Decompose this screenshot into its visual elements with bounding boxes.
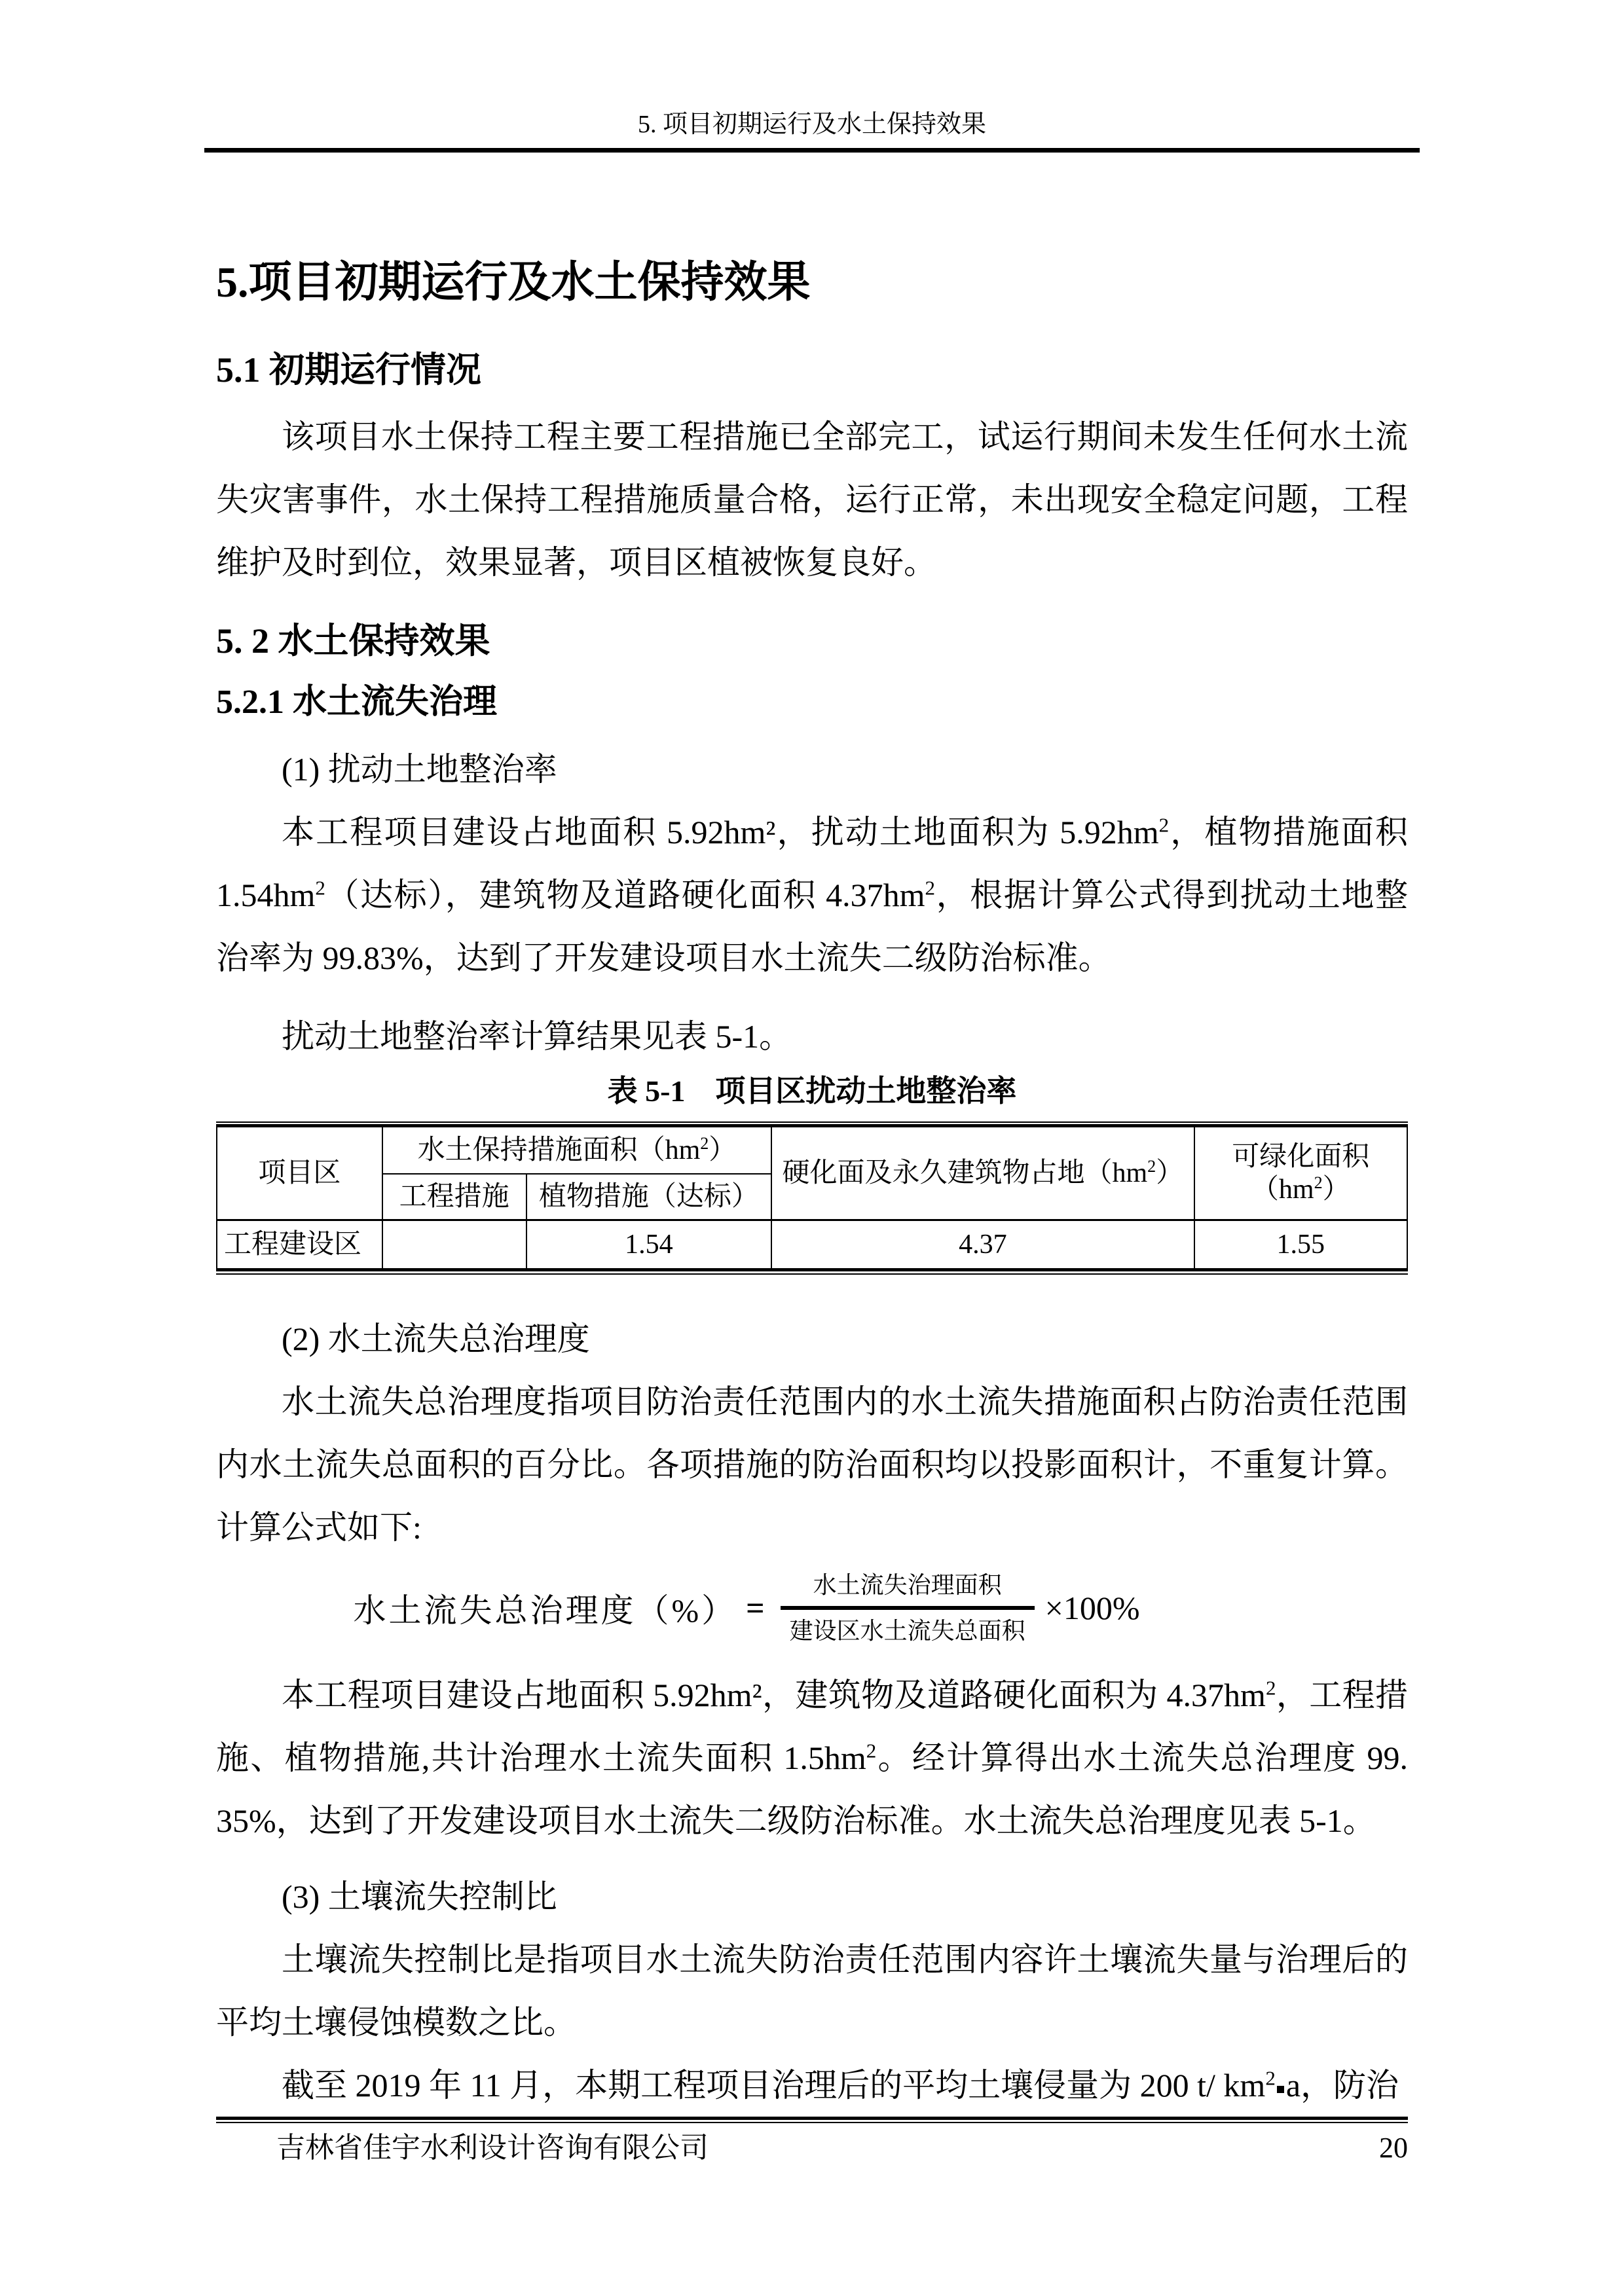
paragraph-calc-result: 本工程项目建设占地面积 5.92hm²，建筑物及道路硬化面积为 4.37hm2，… [216,1664,1408,1852]
table-bottom-rule [216,1268,1408,1275]
cell-greenable: 1.55 [1194,1220,1407,1269]
header-cell-measure-group: 水土保持措施面积（hm2） [382,1127,771,1174]
formula-denominator: 建设区水土流失总面积 [781,1606,1035,1645]
page-header-title: 5. 项目初期运行及水土保持效果 [638,111,986,138]
item-label-2: (2) 水土流失总治理度 [216,1307,1408,1370]
header-cell-region: 项目区 [217,1127,382,1220]
page-content: 5.项目初期运行及水土保持效果 5.1 初期运行情况 该项目水土保持工程主要工程… [216,257,1408,2117]
footer-company: 吉林省佳宇水利设计咨询有限公司 [216,2131,709,2165]
paragraph-disturbed-land: 本工程项目建设占地面积 5.92hm²，扰动土地面积为 5.92hm2，植物措施… [216,801,1408,989]
header-cell-greenable: 可绿化面积（hm2） [1194,1127,1407,1220]
section-heading-5-2-1: 5.2.1 水土流失治理 [216,682,1408,723]
paragraph-initial-operation: 该项目水土保持工程主要工程措施已全部完工，试运行期间未发生任何水土流失灾害事件，… [216,405,1408,594]
cell-region: 工程建设区 [217,1220,382,1269]
header-cell-hardened: 硬化面及永久建筑物占地（hm2） [771,1127,1194,1220]
document-page: 5. 项目初期运行及水土保持效果 5.项目初期运行及水土保持效果 5.1 初期运… [0,0,1624,2296]
item-label-1: (1) 扰动土地整治率 [216,738,1408,801]
page-header: 5. 项目初期运行及水土保持效果 [204,0,1420,153]
paragraph-total-degree: 水土流失总治理度指项目防治责任范围内的水土流失措施面积占防治责任范围内水土流失总… [216,1370,1408,1559]
page-footer: 吉林省佳宇水利设计咨询有限公司 20 [216,2117,1408,2165]
header-cell-engineering: 工程措施 [382,1174,526,1220]
formula-numerator: 水土流失治理面积 [781,1571,1035,1606]
formula-fraction: 水土流失治理面积 建设区水土流失总面积 [781,1571,1035,1645]
paragraph-soil-ratio: 土壤流失控制比是指项目水土流失防治责任范围内容许土壤流失量与治理后的平均土壤侵蚀… [216,1928,1408,2054]
cell-hardened: 4.37 [771,1220,1194,1269]
table-5-1: 项目区 水土保持措施面积（hm2） 硬化面及永久建筑物占地（hm2） 可绿化面积… [216,1127,1408,1268]
paragraph-see-table: 扰动土地整治率计算结果见表 5-1。 [216,1005,1408,1068]
formula-equals: = [746,1589,765,1627]
cell-plant: 1.54 [526,1220,772,1269]
table-row: 工程建设区 1.54 4.37 1.55 [217,1220,1407,1269]
header-cell-plant: 植物措施（达标） [526,1174,772,1220]
footer-rule [216,2117,1408,2123]
table-caption: 表 5-1 项目区扰动土地整治率 [216,1073,1408,1110]
item-label-3: (3) 土壤流失控制比 [216,1865,1408,1928]
small-square-separator [1277,2086,1284,2093]
formula-lhs: 水土流失总治理度（%） [353,1584,737,1631]
footer-row: 吉林省佳宇水利设计咨询有限公司 20 [216,2131,1408,2165]
formula-total-degree: 水土流失总治理度（%） = 水土流失治理面积 建设区水土流失总面积 ×100% [216,1559,1408,1657]
table-top-rule [216,1121,1408,1127]
footer-page-number: 20 [1379,2131,1408,2165]
section-heading-5-1: 5.1 初期运行情况 [216,349,1408,391]
formula-rhs: ×100% [1045,1589,1140,1627]
section-heading-5-2: 5. 2 水土保持效果 [216,620,1408,662]
table-header-row-1: 项目区 水土保持措施面积（hm2） 硬化面及永久建筑物占地（hm2） 可绿化面积… [217,1127,1407,1174]
cell-engineering [382,1220,526,1269]
chapter-title: 5.项目初期运行及水土保持效果 [216,257,1408,308]
paragraph-asof-2019: 截至 2019 年 11 月，本期工程项目治理后的平均土壤侵量为 200 t/ … [216,2054,1408,2117]
